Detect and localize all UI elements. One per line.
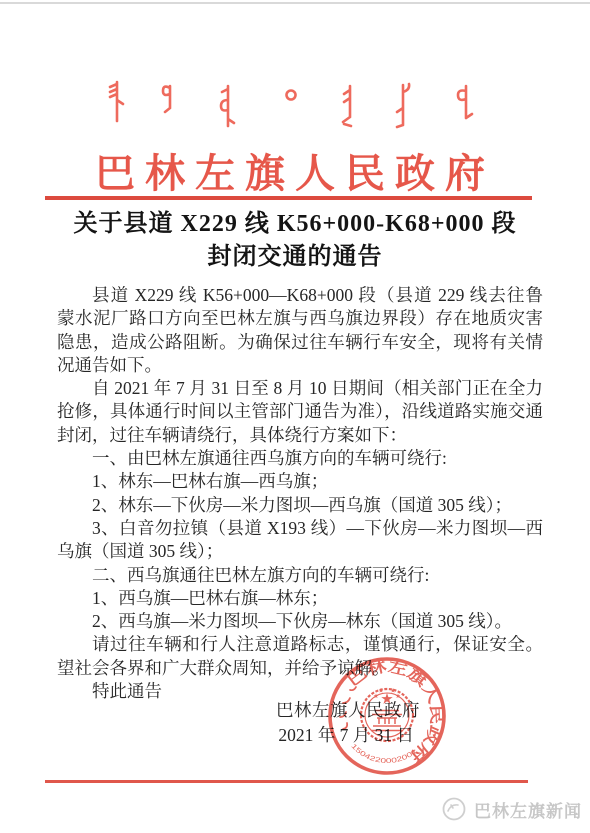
footer-divider: [45, 780, 528, 783]
paragraph-route-1-2: 2、林东—下伙房—米力图坝—西乌旗（国道 305 线）；: [57, 494, 543, 517]
mongolian-glyph: [397, 84, 409, 127]
news-logo-icon: [441, 796, 467, 822]
paragraph-safety-notice: 请过往车辆和行人注意道路标志，谨慎通行，保证安全。望社会各界和广大群众周知，并给…: [57, 633, 543, 680]
letterhead-divider: [45, 196, 532, 200]
paragraph-route-2-1: 1、西乌旗—巴林右旗—林东；: [57, 587, 543, 610]
mongolian-glyph: [110, 82, 123, 121]
paragraph-route-1-1: 1、林东—巴林右旗—西乌旗；: [57, 470, 543, 493]
paragraph-closure-period: 自 2021 年 7 月 31 日至 8 月 10 日期间（相关部门正在全力抢修…: [57, 377, 543, 447]
notice-title-line2: 封闭交通的通告: [0, 241, 590, 274]
official-seal: 巴林左旗人民政府 1504220002001: [312, 641, 462, 791]
paragraph-intro: 县道 X229 线 K56+000—K68+000 段（县道 229 线去往鲁蒙…: [57, 284, 543, 377]
notice-body: 县道 X229 线 K56+000—K68+000 段（县道 229 线去往鲁蒙…: [57, 284, 543, 703]
mongolian-glyph: [287, 91, 296, 100]
scanned-notice-page: 巴林左旗人民政府 关于县道 X229 线 K56+000-K68+000 段 封…: [0, 0, 590, 833]
mongolian-glyph: [163, 86, 170, 112]
news-watermark-label: 巴林左旗新闻: [474, 797, 582, 822]
mongolian-script-header: [95, 78, 485, 136]
mongolian-glyph: [221, 86, 234, 126]
mongolian-glyph: [458, 86, 472, 118]
seal-emblem-gate: [371, 711, 403, 731]
paragraph-section-1: 一、由巴林左旗通往西乌旗方向的车辆可绕行:: [57, 447, 543, 470]
seal-mongolian-script: [340, 687, 356, 729]
notice-title-line1: 关于县道 X229 线 K56+000-K68+000 段: [0, 208, 590, 241]
paragraph-route-2-2: 2、西乌旗—米力图坝—下伙房—林东（国道 305 线）。: [57, 610, 543, 633]
seal-code: 1504220002001: [349, 743, 419, 765]
news-watermark: 巴林左旗新闻: [441, 795, 582, 823]
notice-title: 关于县道 X229 线 K56+000-K68+000 段 封闭交通的通告: [0, 208, 590, 274]
scan-edge-line: [0, 2, 590, 4]
paragraph-route-1-3: 3、白音勿拉镇（县道 X193 线）—下伙房—米力图坝—西乌旗（国道 305 线…: [57, 517, 543, 564]
mongolian-glyph: [343, 86, 351, 126]
letterhead-government-name: 巴林左旗人民政府: [0, 142, 590, 199]
paragraph-section-2: 二、西乌旗通往巴林左旗方向的车辆可绕行:: [57, 564, 543, 587]
